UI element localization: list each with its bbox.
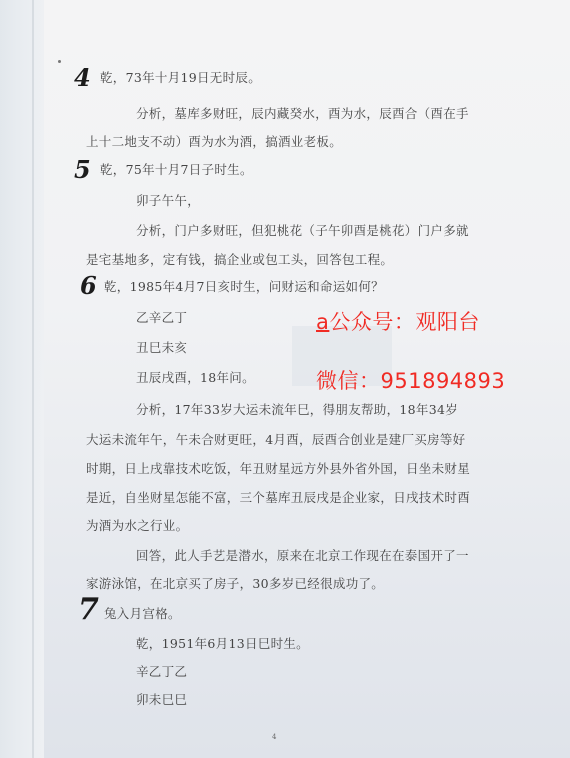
scan-edge-strip (0, 0, 44, 758)
entry-text: 辛乙丁乙 (136, 664, 187, 680)
entry-text: 家游泳馆，在北京买了房子，30多岁已经很成功了。 (86, 576, 384, 592)
handwritten-number-7: 7 (78, 598, 99, 622)
entry-text: 卯子午午， (136, 193, 200, 209)
entry-text: 回答，此人手艺是潜水，原来在北京工作现在在泰国开了一 (136, 548, 469, 564)
entry-heading: 兔入月宫格。 (104, 606, 181, 622)
entry-text: 丑辰戌酉，18年问。 (136, 370, 255, 386)
entry-text: 分析，门户多财旺，但犯桃花（子午卯酉是桃花）门户多就 (136, 223, 469, 239)
entry-text: 时期，日上戌靠技术吃饭，年丑财星远方外县外省外国，日坐未财星 (86, 461, 470, 477)
handwritten-number-6: 6 (80, 274, 97, 298)
handwritten-number-5: 5 (74, 158, 91, 182)
entry-text: 是近，自坐财星怎能不富，三个墓库丑辰戌是企业家，日戌技术时酉 (86, 490, 470, 506)
entry-text: 乙辛乙丁 (136, 310, 187, 326)
entry-heading: 乾，1985年4月7日亥时生，问财运和命运如何？ (104, 279, 384, 295)
watermark-wechat: 微信：951894893 (316, 369, 505, 393)
handwritten-number-4: 4 (74, 66, 91, 90)
watermark-account-text: 公众号：观阳台 (329, 310, 480, 334)
entry-heading: 乾，75年十月7日子时生。 (100, 162, 253, 178)
entry-text: 乾，1951年6月13日巳时生。 (136, 636, 309, 652)
entry-text: 大运未流年午，午未合财更旺，4月酉，辰酉合创业是建厂买房等好 (86, 432, 465, 448)
scan-dot-mark (58, 60, 61, 63)
watermark-prefix: a (316, 310, 329, 334)
entry-text: 分析，墓库多财旺，辰内藏癸水，酉为水，辰酉合（酉在手 (136, 106, 469, 122)
watermark-account: a公众号：观阳台 (316, 310, 480, 334)
scan-edge-line (32, 0, 34, 758)
entry-text: 是宅基地多，定有钱，搞企业或包工头，回答包工程。 (86, 252, 393, 268)
entry-text: 上十二地支不动）酉为水为酒，搞酒业老板。 (86, 134, 342, 150)
entry-text: 为酒为水之行业。 (86, 518, 188, 534)
page-number: 4 (272, 733, 276, 741)
entry-text: 丑巳未亥 (136, 340, 187, 356)
entry-heading: 乾，73年十月19日无时辰。 (100, 70, 261, 86)
entry-text: 卯未巳巳 (136, 692, 187, 708)
entry-text: 分析，17年33岁大运未流年巳，得朋友帮助，18年34岁 (136, 402, 458, 418)
